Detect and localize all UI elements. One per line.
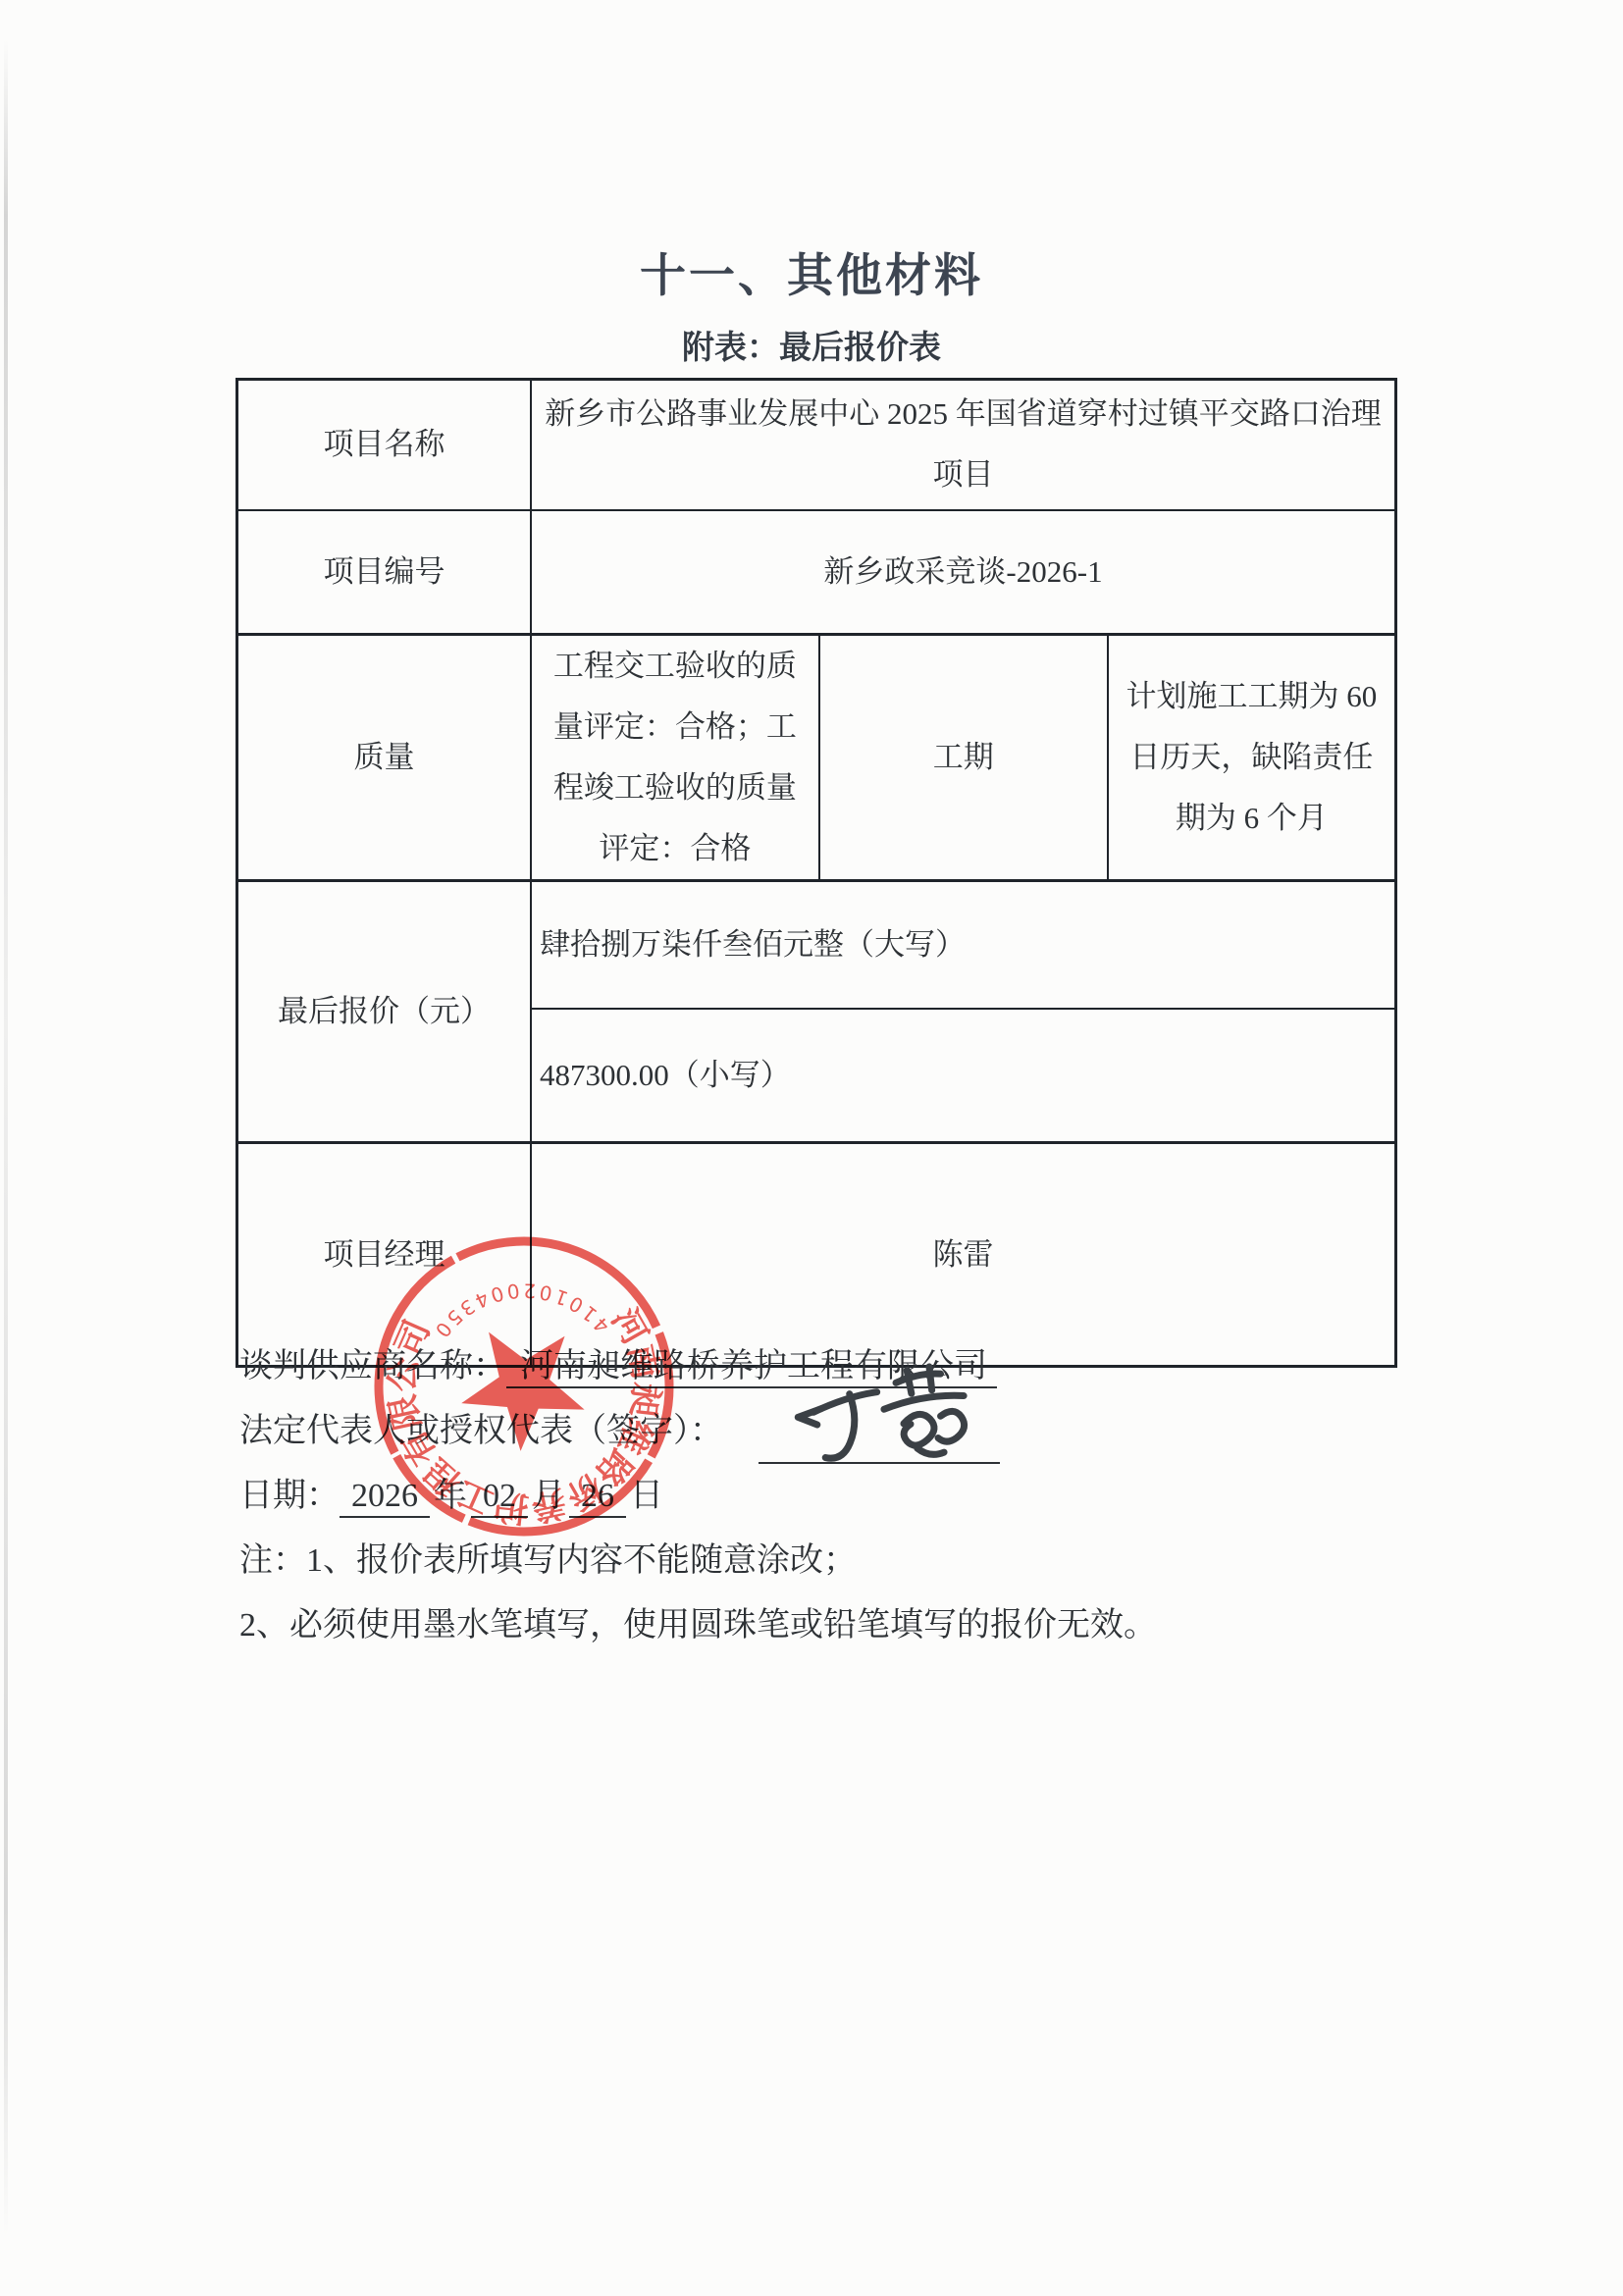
final-price-label: 最后报价（元） bbox=[237, 881, 532, 1143]
scan-edge-artifact bbox=[4, 39, 8, 2237]
date-label: 日期： bbox=[239, 1478, 340, 1514]
final-price-words: 肆拾捌万柒仟叁佰元整（大写） bbox=[531, 881, 1396, 1009]
project-name-value: 新乡市公路事业发展中心 2025 年国省道穿村过镇平交路口治理项目 bbox=[531, 380, 1396, 510]
table-row: 最后报价（元） 肆拾捌万柒仟叁佰元整（大写） bbox=[237, 881, 1396, 1009]
final-quotation-table: 项目名称 新乡市公路事业发展中心 2025 年国省道穿村过镇平交路口治理项目 项… bbox=[236, 378, 1397, 1368]
quality-value: 工程交工验收的质量评定：合格；工程竣工验收的质量评定：合格 bbox=[531, 635, 819, 881]
document-page: 十一、其他材料 附表：最后报价表 项目名称 新乡市公路事业发展中心 2025 年… bbox=[0, 0, 1623, 2296]
svg-text:410102004350: 410102004350 bbox=[425, 1274, 615, 1346]
duration-label: 工期 bbox=[819, 635, 1108, 881]
project-number-value: 新乡政采竞谈-2026-1 bbox=[531, 510, 1396, 635]
company-seal-stamp: 河南昶维路桥养护工程有限公司 410102004350 bbox=[370, 1232, 678, 1540]
page-subtitle: 附表：最后报价表 bbox=[0, 322, 1623, 368]
table-row: 质量 工程交工验收的质量评定：合格；工程竣工验收的质量评定：合格 工期 计划施工… bbox=[237, 635, 1396, 881]
project-name-label: 项目名称 bbox=[237, 380, 532, 510]
table-row: 项目名称 新乡市公路事业发展中心 2025 年国省道穿村过镇平交路口治理项目 bbox=[237, 380, 1396, 510]
signature-handwriting bbox=[781, 1359, 995, 1490]
note-line-2: 2、必须使用墨水笔填写，使用圆珠笔或铅笔填写的报价无效。 bbox=[239, 1593, 1476, 1658]
final-price-figures: 487300.00（小写） bbox=[531, 1009, 1396, 1143]
duration-value: 计划施工工期为 60 日历天，缺陷责任期为 6 个月 bbox=[1108, 635, 1396, 881]
project-number-label: 项目编号 bbox=[237, 510, 532, 635]
table-row: 项目编号 新乡政采竞谈-2026-1 bbox=[237, 510, 1396, 635]
page-title: 十一、其他材料 bbox=[0, 239, 1623, 305]
seal-serial-number: 410102004350 bbox=[425, 1274, 615, 1346]
quality-label: 质量 bbox=[237, 635, 532, 881]
